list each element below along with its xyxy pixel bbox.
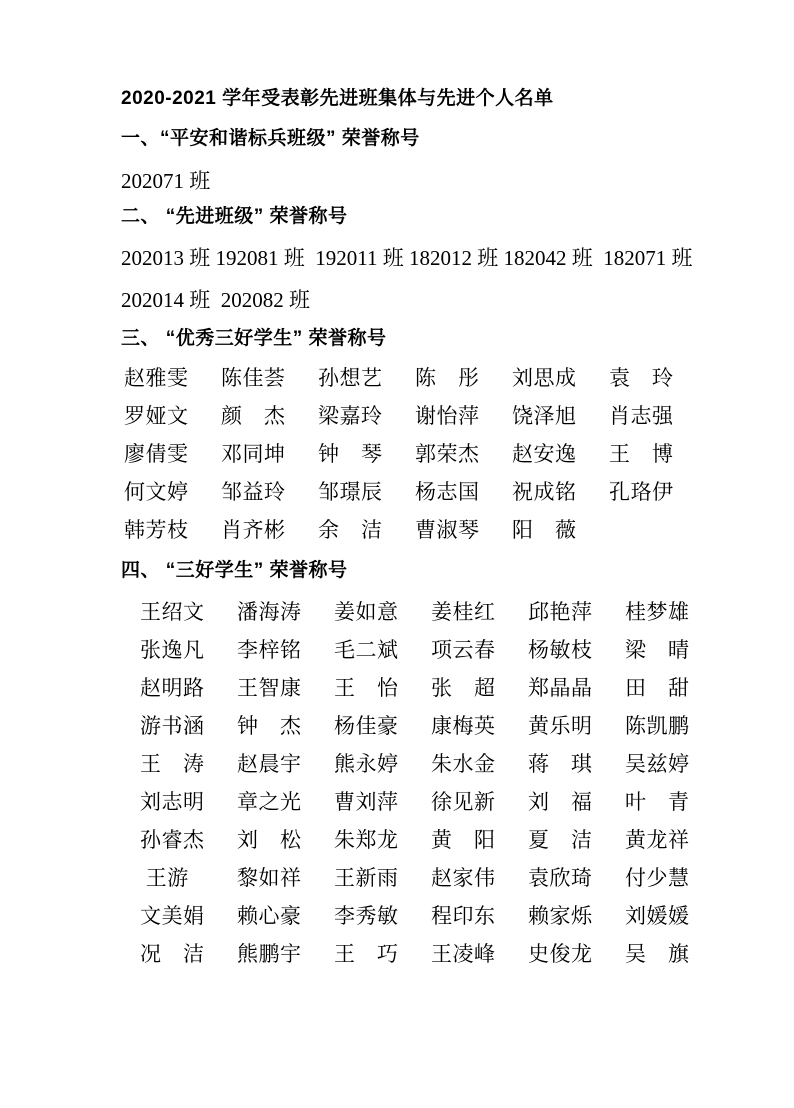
- student-name: 袁 玲: [609, 362, 697, 392]
- student-name: 王凌峰: [431, 938, 528, 968]
- student-name: 游书涵: [140, 710, 237, 740]
- name-row: 赵雅雯陈佳荟孙想艺陈 彤刘思成袁 玲: [124, 358, 697, 396]
- student-name: 陈凯鹏: [625, 710, 697, 740]
- student-name: 刘媛媛: [625, 900, 697, 930]
- student-name: 赵晨宇: [237, 748, 334, 778]
- student-name: 王新雨: [334, 862, 431, 892]
- student-name: 饶泽旭: [512, 400, 609, 430]
- student-name: 梁嘉玲: [318, 400, 415, 430]
- student-name: 韩芳枝: [124, 514, 221, 544]
- student-name: 朱水金: [431, 748, 528, 778]
- name-row: 赵明路王智康王 怡张 超郑晶晶田 甜: [140, 668, 697, 706]
- student-name: 袁欣琦: [528, 862, 625, 892]
- student-name: 吴兹婷: [625, 748, 697, 778]
- student-name: 程印东: [431, 900, 528, 930]
- section-outstanding-merit-students: 三、 “优秀三好学生” 荣誉称号 赵雅雯陈佳荟孙想艺陈 彤刘思成袁 玲罗娅文颜 …: [121, 326, 697, 548]
- student-name: 熊永婷: [334, 748, 431, 778]
- student-name: 付少慧: [625, 862, 697, 892]
- section-heading: 三、 “优秀三好学生” 荣誉称号: [121, 326, 697, 352]
- student-name: 王 巧: [334, 938, 431, 968]
- name-row: 王绍文潘海涛姜如意姜桂红邱艳萍桂梦雄: [140, 592, 697, 630]
- student-name: 况 洁: [140, 938, 237, 968]
- student-name: 赖心豪: [237, 900, 334, 930]
- class-list-line: 202014 班 202082 班: [121, 286, 697, 314]
- student-name: 徐见新: [431, 786, 528, 816]
- name-row: 刘志明章之光曹刘萍徐见新刘 福叶 青: [140, 782, 697, 820]
- student-name: 王游: [140, 862, 237, 892]
- student-name: 颜 杰: [221, 400, 318, 430]
- student-name: 王绍文: [140, 596, 237, 626]
- section-advanced-class: 二、 “先进班级” 荣誉称号 202013 班 192081 班 192011 …: [121, 204, 697, 314]
- student-name: 赖家烁: [528, 900, 625, 930]
- student-name: 赵雅雯: [124, 362, 221, 392]
- student-name: 桂梦雄: [625, 596, 697, 626]
- student-name: 曹淑琴: [415, 514, 512, 544]
- student-name: 黄龙祥: [625, 824, 697, 854]
- student-name: 刘 福: [528, 786, 625, 816]
- student-name: 黄乐明: [528, 710, 625, 740]
- document-title: 2020-2021 学年受表彰先进班集体与先进个人名单: [121, 86, 697, 112]
- student-name: 姜如意: [334, 596, 431, 626]
- student-name: 潘海涛: [237, 596, 334, 626]
- student-name: 杨志国: [415, 476, 512, 506]
- student-name: 张 超: [431, 672, 528, 702]
- name-row: 况 洁熊鹏宇王 巧王凌峰史俊龙吴 旗: [140, 934, 697, 972]
- class-list-line: 202071 班: [121, 168, 697, 194]
- student-name: 阳 薇: [512, 514, 609, 544]
- student-name: 文美娟: [140, 900, 237, 930]
- student-name: 祝成铭: [512, 476, 609, 506]
- student-name: 黄 阳: [431, 824, 528, 854]
- name-row: 王游黎如祥王新雨赵家伟袁欣琦付少慧: [140, 858, 697, 896]
- student-name: 钟 琴: [318, 438, 415, 468]
- section-heading: 二、 “先进班级” 荣誉称号: [121, 204, 697, 230]
- student-name: 叶 青: [625, 786, 697, 816]
- name-row: 王 涛赵晨宇熊永婷朱水金蒋 琪吴兹婷: [140, 744, 697, 782]
- document-page: 2020-2021 学年受表彰先进班集体与先进个人名单 一、“平安和谐标兵班级”…: [0, 0, 794, 1108]
- student-name: 郭荣杰: [415, 438, 512, 468]
- student-name: 张逸凡: [140, 634, 237, 664]
- student-name: 黎如祥: [237, 862, 334, 892]
- student-name: 肖齐彬: [221, 514, 318, 544]
- student-name: 郑晶晶: [528, 672, 625, 702]
- student-name: 章之光: [237, 786, 334, 816]
- student-name: 刘志明: [140, 786, 237, 816]
- section-heading: 四、 “三好学生” 荣誉称号: [121, 558, 697, 584]
- student-name: 史俊龙: [528, 938, 625, 968]
- student-name: 陈佳荟: [221, 362, 318, 392]
- student-name: 夏 洁: [528, 824, 625, 854]
- student-name: 邓同坤: [221, 438, 318, 468]
- student-name-grid: 王绍文潘海涛姜如意姜桂红邱艳萍桂梦雄张逸凡李梓铭毛二斌项云春杨敏枝梁 晴赵明路王…: [140, 592, 697, 972]
- name-row: 何文婷邹益玲邹璟辰杨志国祝成铭孔珞伊: [124, 472, 697, 510]
- name-row: 游书涵钟 杰杨佳豪康梅英黄乐明陈凯鹏: [140, 706, 697, 744]
- student-name: 王 涛: [140, 748, 237, 778]
- student-name: 王 怡: [334, 672, 431, 702]
- student-name: 李秀敏: [334, 900, 431, 930]
- student-name: 陈 彤: [415, 362, 512, 392]
- class-list-line: 202013 班 192081 班 192011 班 182012 班 1820…: [121, 244, 697, 272]
- section-safe-harmony-class: 一、“平安和谐标兵班级” 荣誉称号 202071 班: [121, 126, 697, 194]
- student-name: 赵明路: [140, 672, 237, 702]
- student-name: 罗娅文: [124, 400, 221, 430]
- student-name: 刘思成: [512, 362, 609, 392]
- student-name: 赵安逸: [512, 438, 609, 468]
- student-name: 邹璟辰: [318, 476, 415, 506]
- student-name: 康梅英: [431, 710, 528, 740]
- student-name: 刘 松: [237, 824, 334, 854]
- student-name: 廖倩雯: [124, 438, 221, 468]
- student-name: 孔珞伊: [609, 476, 697, 506]
- student-name: 孙睿杰: [140, 824, 237, 854]
- student-name: 钟 杰: [237, 710, 334, 740]
- student-name: 杨敏枝: [528, 634, 625, 664]
- name-row: 廖倩雯邓同坤钟 琴郭荣杰赵安逸王 博: [124, 434, 697, 472]
- student-name: 熊鹏宇: [237, 938, 334, 968]
- student-name: 赵家伟: [431, 862, 528, 892]
- student-name: 吴 旗: [625, 938, 697, 968]
- student-name: 杨佳豪: [334, 710, 431, 740]
- name-row: 文美娟赖心豪李秀敏程印东赖家烁刘媛媛: [140, 896, 697, 934]
- student-name: 梁 晴: [625, 634, 697, 664]
- student-name: 蒋 琪: [528, 748, 625, 778]
- section-merit-students: 四、 “三好学生” 荣誉称号 王绍文潘海涛姜如意姜桂红邱艳萍桂梦雄张逸凡李梓铭毛…: [121, 558, 697, 972]
- student-name: 李梓铭: [237, 634, 334, 664]
- student-name: 毛二斌: [334, 634, 431, 664]
- student-name: 王 博: [609, 438, 697, 468]
- student-name: 何文婷: [124, 476, 221, 506]
- student-name: 谢怡萍: [415, 400, 512, 430]
- section-heading: 一、“平安和谐标兵班级” 荣誉称号: [121, 126, 697, 152]
- student-name: 朱郑龙: [334, 824, 431, 854]
- name-row: 孙睿杰刘 松朱郑龙黄 阳夏 洁黄龙祥: [140, 820, 697, 858]
- student-name: 曹刘萍: [334, 786, 431, 816]
- student-name: 姜桂红: [431, 596, 528, 626]
- student-name: 余 洁: [318, 514, 415, 544]
- student-name: 孙想艺: [318, 362, 415, 392]
- student-name: 王智康: [237, 672, 334, 702]
- student-name: 项云春: [431, 634, 528, 664]
- student-name: 邹益玲: [221, 476, 318, 506]
- student-name-grid: 赵雅雯陈佳荟孙想艺陈 彤刘思成袁 玲罗娅文颜 杰梁嘉玲谢怡萍饶泽旭肖志强廖倩雯邓…: [124, 358, 697, 548]
- student-name: 肖志强: [609, 400, 697, 430]
- student-name: 邱艳萍: [528, 596, 625, 626]
- name-row: 韩芳枝肖齐彬余 洁曹淑琴阳 薇: [124, 510, 697, 548]
- name-row: 张逸凡李梓铭毛二斌项云春杨敏枝梁 晴: [140, 630, 697, 668]
- name-row: 罗娅文颜 杰梁嘉玲谢怡萍饶泽旭肖志强: [124, 396, 697, 434]
- student-name: 田 甜: [625, 672, 697, 702]
